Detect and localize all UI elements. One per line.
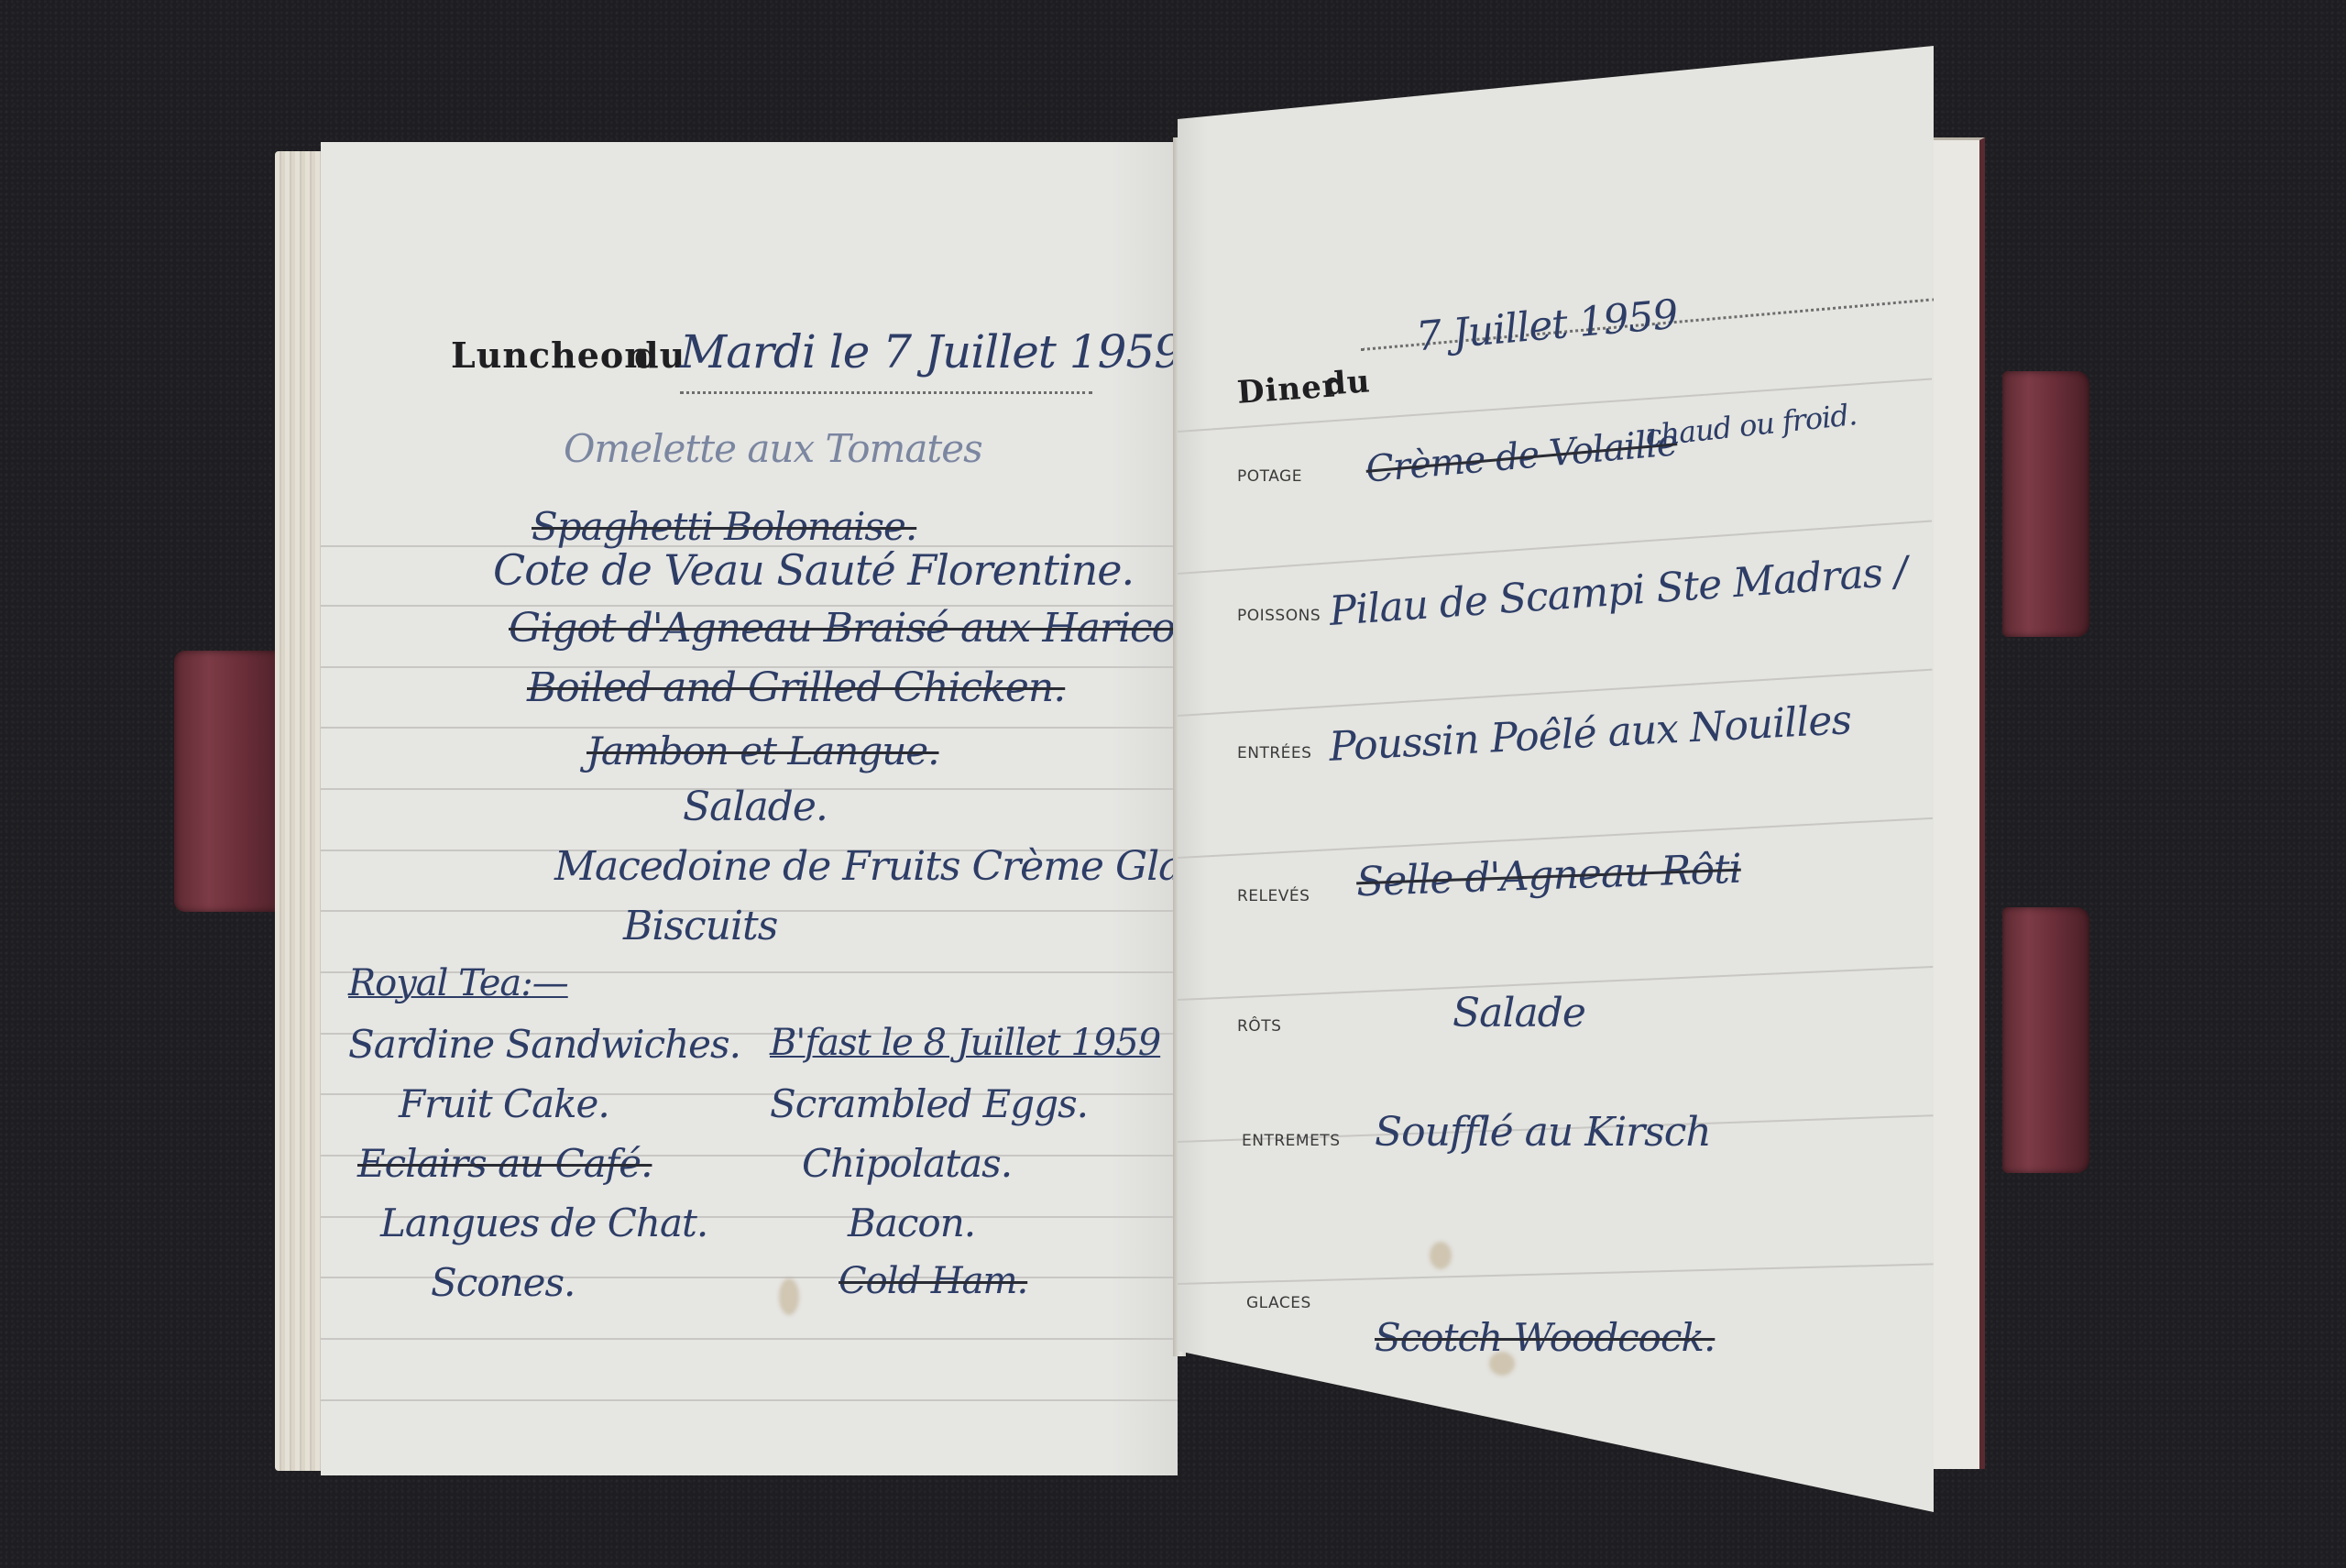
breakfast-item: Cold Ham. (839, 1260, 1027, 1302)
stain (1430, 1242, 1452, 1269)
royal-tea-item: Fruit Cake. (399, 1081, 609, 1126)
luncheon-du: du (634, 334, 685, 376)
luncheon-item: Salade. (683, 784, 828, 830)
royal-tea-item: Langues de Chat. (380, 1201, 707, 1245)
luncheon-item: Jambon et Langue. (586, 729, 938, 773)
luncheon-item: Spaghetti Bolonaise. (532, 504, 916, 549)
breakfast-item: Scrambled Eggs. (770, 1081, 1088, 1126)
luncheon-item: Cote de Veau Sauté Florentine. (493, 545, 1134, 595)
luncheon-date: Mardi le 7 Juillet 1959 (680, 325, 1178, 378)
stain (779, 1278, 799, 1315)
course-dish-glaces: Scotch Woodcock. (1375, 1315, 1715, 1360)
course-label-potage: POTAGE (1237, 467, 1302, 486)
diner-date: 7 Juillet 1959 (1414, 291, 1679, 361)
royal-tea-item: Scones. (431, 1260, 575, 1305)
right-bookmark-tab-upper (2002, 371, 2089, 637)
right-page: Diner du 7 Juillet 1959 POTAGE Crème de … (1178, 46, 1934, 1512)
royal-tea-item: Eclairs au Café. (357, 1141, 652, 1186)
breakfast-item: Chipolatas. (802, 1141, 1012, 1186)
course-dish-entremets: Soufflé au Kirsch (1375, 1109, 1711, 1156)
course-label-rots: RÔTS (1237, 1017, 1281, 1036)
luncheon-heading: Luncheon (451, 334, 651, 376)
course-dish-potage: Crème de Volaille (1365, 422, 1679, 491)
stain (1489, 1352, 1515, 1376)
course-label-poissons: POISSONS (1237, 607, 1321, 625)
course-label-glaces: GLACES (1246, 1294, 1311, 1312)
course-label-entremets: ENTREMETS (1242, 1132, 1340, 1150)
breakfast-heading: B'fast le 8 Juillet 1959 (770, 1022, 1160, 1064)
breakfast-item: Bacon. (848, 1201, 975, 1245)
luncheon-item: Boiled and Grilled Chicken. (527, 664, 1065, 711)
course-dish-poissons: Pilau de Scampi Ste Madras / (1328, 548, 1908, 635)
course-dish-potage-extra: chaud ou froid. (1644, 397, 1858, 454)
diner-du: du (1323, 363, 1372, 402)
luncheon-item: Macedoine de Fruits Crème Glace (554, 843, 1178, 890)
luncheon-item: Gigot d'Agneau Braisé aux Haricots. (509, 605, 1178, 652)
course-dish-entrees: Poussin Poêlé aux Nouilles (1328, 696, 1852, 771)
luncheon-date-dotted-line (680, 391, 1092, 394)
luncheon-item: Biscuits (623, 903, 777, 949)
course-label-entrees: ENTRÉES (1237, 744, 1311, 762)
course-label-releves: RELEVÉS (1237, 887, 1310, 905)
right-bookmark-tab-lower (2002, 907, 2089, 1173)
course-dish-rots: Salade (1453, 990, 1585, 1036)
luncheon-item: Omelette aux Tomates (564, 426, 982, 471)
left-bookmark-tab (174, 651, 289, 912)
royal-tea-item: Sardine Sandwiches. (348, 1022, 740, 1067)
left-page: Luncheon du Mardi le 7 Juillet 1959 Omel… (321, 142, 1178, 1475)
course-dish-releves: Selle d'Agneau Rôti (1355, 846, 1741, 906)
royal-tea-heading: Royal Tea:— (348, 962, 568, 1004)
